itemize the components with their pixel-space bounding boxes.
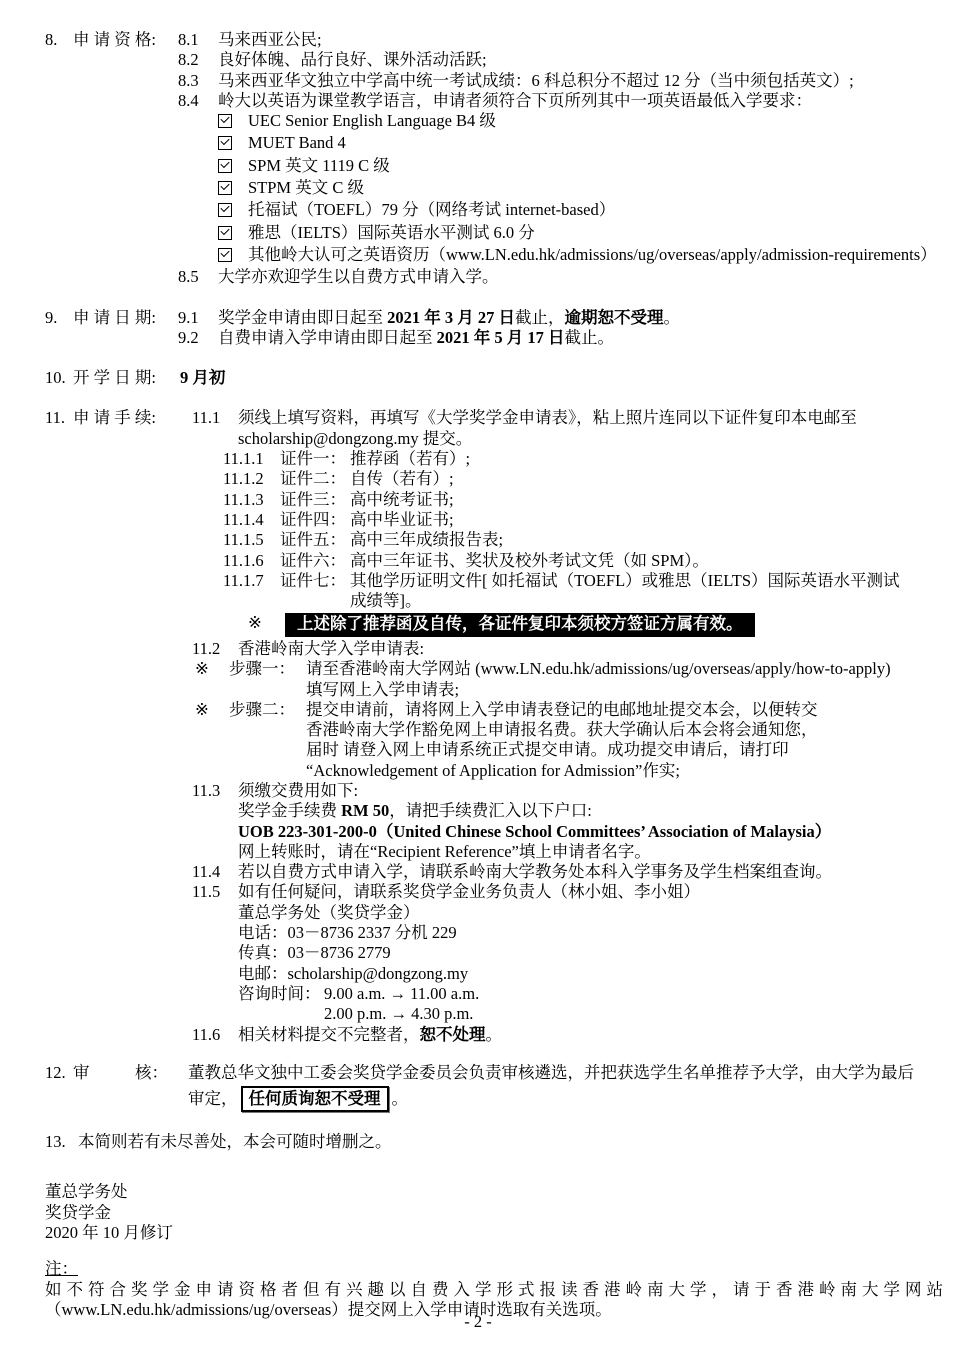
item-number: 11.6 xyxy=(192,1025,238,1045)
cert-item: 11.1.3 证件三： 高中统考证书; xyxy=(223,490,948,510)
deadline-date: 2021 年 3 月 27 日 xyxy=(387,308,515,327)
fee-amount: RM 50 xyxy=(341,801,389,820)
item-number: 11.2 xyxy=(192,639,238,659)
section-label: 申 请 资 格: xyxy=(73,30,178,50)
hours-afternoon: 2.00 p.m. → 4.30 p.m. xyxy=(324,1004,948,1024)
checked-checkbox-icon xyxy=(218,248,232,262)
signature-block: 董总学务处 奖贷学金 2020 年 10 月修订 xyxy=(45,1182,948,1243)
item-text: 须缴交费用如下: 奖学金手续费 RM 50，请把手续费汇入以下户口: UOB 2… xyxy=(238,781,948,862)
section-12: 12. 审核： 董教总华文独中工委会奖贷学金委员会负责审核遴选，并把获选学生名单… xyxy=(45,1063,948,1112)
reference-mark-icon: ※ xyxy=(195,700,229,720)
section-label: 审核： xyxy=(73,1063,168,1083)
item-text: 须线上填写资料，再填写《大学奖学金申请表》，粘上照片连同以下证件复印本电邮至 s… xyxy=(238,408,948,449)
section-label: 申 请 日 期: xyxy=(73,308,178,328)
email-address: scholarship@dongzong.my 提交。 xyxy=(238,429,948,449)
english-req-item: 雅思（IELTS）国际英语水平测试 6.0 分 xyxy=(218,223,948,245)
item-number: 11.1.3 xyxy=(223,490,280,510)
cert-item: 11.1.6 证件六： 高中三年证书、奖状及校外考试文凭（如 SPM）。 xyxy=(223,551,948,571)
highlighted-note: 上述除了推荐函及自传，各证件复印本须校方签证方属有效。 xyxy=(285,613,755,637)
english-req-text: MUET Band 4 xyxy=(248,133,948,153)
checked-checkbox-icon xyxy=(218,136,232,150)
item-number: 8.1 xyxy=(178,30,218,50)
item-8-2: 8.2 良好体魄、品行良好、课外活动活跃; xyxy=(178,50,948,70)
item-11-6: 11.6 相关材料提交不完整者，恕不处理。 xyxy=(192,1025,948,1045)
cert-note: ※ 上述除了推荐函及自传，各证件复印本须校方签证方属有效。 xyxy=(248,613,948,637)
reject-warning: 恕不处理 xyxy=(420,1025,486,1044)
reference-mark-icon: ※ xyxy=(195,659,229,679)
section-9-content: 9.1 奖学金申请由即日起至 2021 年 3 月 27 日截止，逾期恕不受理。… xyxy=(178,308,948,349)
section-13: 13. 本简则若有未尽善处，本会可随时增删之。 xyxy=(45,1132,948,1152)
item-9-2: 9.2 自费申请入学申请由即日起至 2021 年 5 月 17 日截止。 xyxy=(178,328,948,348)
item-text: 岭大以英语为课堂教学语言，申请者须符合下页所列其中一项英语最低入学要求： xyxy=(218,91,948,111)
cert-text: 自传（若有）; xyxy=(350,469,948,489)
item-11-1: 11.1 须线上填写资料，再填写《大学奖学金申请表》，粘上照片连同以下证件复印本… xyxy=(192,408,948,449)
item-number: 8.3 xyxy=(178,71,218,91)
english-req-item: UEC Senior English Language B4 级 xyxy=(218,111,948,133)
cert-text: 高中三年证书、奖状及校外考试文凭（如 SPM）。 xyxy=(350,551,948,571)
item-number: 11.1.2 xyxy=(223,469,280,489)
item-text: 良好体魄、品行良好、课外活动活跃; xyxy=(218,50,948,70)
english-req-item: 其他岭大认可之英语资历（www.LN.edu.hk/admissions/ug/… xyxy=(218,245,948,267)
item-8-1: 8.1 马来西亚公民; xyxy=(178,30,948,50)
cert-text: 高中统考证书; xyxy=(350,490,948,510)
section-11: 11. 申 请 手 续: 11.1 须线上填写资料，再填写《大学奖学金申请表》，… xyxy=(45,408,948,1044)
item-number: 11.1 xyxy=(192,408,238,428)
hours-morning: 9.00 a.m. → 11.00 a.m. xyxy=(324,984,948,1004)
item-number: 9.1 xyxy=(178,308,218,328)
item-text: 香港岭南大学入学申请表: xyxy=(238,639,948,659)
deadline-date: 2021 年 5 月 17 日 xyxy=(437,328,565,347)
item-number: 8.5 xyxy=(178,267,218,287)
section-label: 开 学 日 期: xyxy=(73,368,180,388)
item-8-5: 8.5 大学亦欢迎学生以自费方式申请入学。 xyxy=(178,267,948,287)
item-number: 9.2 xyxy=(178,328,218,348)
section-label: 申 请 手 续: xyxy=(73,408,192,428)
section-text: 本简则若有未尽善处，本会可随时增删之。 xyxy=(73,1132,948,1152)
cert-text: 推荐函（若有）; xyxy=(350,449,948,469)
item-text: 大学亦欢迎学生以自费方式申请入学。 xyxy=(218,267,948,287)
item-11-5: 11.5 如有任何疑问，请联系奖贷学金业务负责人（林小姐、李小姐） 董总学务处（… xyxy=(192,882,948,1024)
item-number: 11.1.1 xyxy=(223,449,280,469)
contact-fax: 传真：03－8736 2779 xyxy=(238,943,948,963)
item-8-4: 8.4 岭大以英语为课堂教学语言，申请者须符合下页所列其中一项英语最低入学要求： xyxy=(178,91,948,111)
section-number: 11. xyxy=(45,408,73,428)
start-date-value: 9 月初 xyxy=(180,368,948,388)
step-text: 请至香港岭南大学网站 (www.LN.edu.hk/admissions/ug/… xyxy=(306,659,948,700)
cert-label: 证件六： xyxy=(280,551,350,571)
item-number: 11.1.7 xyxy=(223,571,280,591)
cert-label: 证件一： xyxy=(280,449,350,469)
section-number: 8. xyxy=(45,30,73,50)
cert-label: 证件七： xyxy=(280,571,350,591)
document-page: 8. 申 请 资 格: 8.1 马来西亚公民; 8.2 良好体魄、品行良好、课外… xyxy=(0,0,956,1351)
section-11-content: 11.1 须线上填写资料，再填写《大学奖学金申请表》，粘上照片连同以下证件复印本… xyxy=(192,408,948,1044)
item-8-3: 8.3 马来西亚华文独立中学高中统一考试成绩：6 科总积分不超过 12 分（当中… xyxy=(178,71,948,91)
english-req-text: SPM 英文 1119 C 级 xyxy=(248,156,948,176)
english-req-text: 其他岭大认可之英语资历（www.LN.edu.hk/admissions/ug/… xyxy=(248,245,948,265)
cert-item: 11.1.5 证件五： 高中三年成绩报告表; xyxy=(223,530,948,550)
section-12-content: 董教总华文独中工委会奖贷学金委员会负责审核遴选，并把获选学生名单推荐予大学，由大… xyxy=(188,1063,948,1112)
item-text: 马来西亚华文独立中学高中统一考试成绩：6 科总积分不超过 12 分（当中须包括英… xyxy=(218,71,948,91)
section-9: 9. 申 请 日 期: 9.1 奖学金申请由即日起至 2021 年 3 月 27… xyxy=(45,308,948,349)
cert-text: 高中毕业证书; xyxy=(350,510,948,530)
section-number: 10. xyxy=(45,368,73,388)
item-number: 11.3 xyxy=(192,781,238,801)
item-number: 8.4 xyxy=(178,91,218,111)
english-req-item: STPM 英文 C 级 xyxy=(218,178,948,200)
hours-label: 咨询时间： xyxy=(238,984,324,1004)
checked-checkbox-icon xyxy=(218,181,232,195)
checked-checkbox-icon xyxy=(218,159,232,173)
cert-item: 11.1.7 证件七： 其他学历证明文件[ 如托福试（TOEFL）或雅思（IEL… xyxy=(223,571,948,612)
checked-checkbox-icon xyxy=(218,114,232,128)
contact-hours: 咨询时间： 9.00 a.m. → 11.00 a.m. 2.00 p.m. →… xyxy=(238,984,948,1025)
cert-label: 证件四： xyxy=(280,510,350,530)
english-req-text: STPM 英文 C 级 xyxy=(248,178,948,198)
item-11-4: 11.4 若以自费方式申请入学，请联系岭南大学教务处本科入学事务及学生档案组查询… xyxy=(192,862,948,882)
item-text: 若以自费方式申请入学，请联系岭南大学教务处本科入学事务及学生档案组查询。 xyxy=(238,862,948,882)
step-1: ※ 步骤一： 请至香港岭南大学网站 (www.LN.edu.hk/admissi… xyxy=(195,659,948,700)
item-text: 相关材料提交不完整者，恕不处理。 xyxy=(238,1025,948,1045)
contact-email: 电邮：scholarship@dongzong.my xyxy=(238,964,948,984)
checked-checkbox-icon xyxy=(218,226,232,240)
item-number: 11.5 xyxy=(192,882,238,902)
section-number: 9. xyxy=(45,308,73,328)
signature-unit: 奖贷学金 xyxy=(45,1203,948,1223)
reference-mark-icon: ※ xyxy=(248,613,285,633)
item-text: 奖学金申请由即日起至 2021 年 3 月 27 日截止，逾期恕不受理。 xyxy=(218,308,948,328)
step-2: ※ 步骤二： 提交申请前，请将网上入学申请表登记的电邮地址提交本会，以便转交 香… xyxy=(195,700,948,781)
section-number: 13. xyxy=(45,1132,73,1152)
english-req-text: 托福试（TOEFL）79 分（网络考试 internet-based） xyxy=(248,200,948,220)
item-number: 11.1.4 xyxy=(223,510,280,530)
cert-text: 其他学历证明文件[ 如托福试（TOEFL）或雅思（IELTS）国际英语水平测试 … xyxy=(350,571,948,612)
contact-dept: 董总学务处（奖贷学金） xyxy=(238,903,948,923)
item-11-3: 11.3 须缴交费用如下: 奖学金手续费 RM 50，请把手续费汇入以下户口: … xyxy=(192,781,948,862)
no-inquiry-box: 任何质询恕不受理 xyxy=(241,1086,389,1112)
contact-tel: 电话：03－8736 2337 分机 229 xyxy=(238,923,948,943)
step-label: 步骤二： xyxy=(229,700,306,720)
section-8: 8. 申 请 资 格: 8.1 马来西亚公民; 8.2 良好体魄、品行良好、课外… xyxy=(45,30,948,288)
english-req-item: SPM 英文 1119 C 级 xyxy=(218,156,948,178)
item-number: 11.1.6 xyxy=(223,551,280,571)
step-text: 提交申请前，请将网上入学申请表登记的电邮地址提交本会，以便转交 香港岭南大学作豁… xyxy=(306,700,948,781)
cert-label: 证件二： xyxy=(280,469,350,489)
page-number: - 2 - xyxy=(0,1312,956,1332)
cert-item: 11.1.1 证件一： 推荐函（若有）; xyxy=(223,449,948,469)
bank-account: UOB 223-301-200-0（United Chinese School … xyxy=(238,822,948,842)
item-9-1: 9.1 奖学金申请由即日起至 2021 年 3 月 27 日截止，逾期恕不受理。 xyxy=(178,308,948,328)
item-text: 如有任何疑问，请联系奖贷学金业务负责人（林小姐、李小姐） 董总学务处（奖贷学金）… xyxy=(238,882,948,1024)
english-req-text: UEC Senior English Language B4 级 xyxy=(248,111,948,131)
item-number: 11.4 xyxy=(192,862,238,882)
item-number: 11.1.5 xyxy=(223,530,280,550)
item-11-2: 11.2 香港岭南大学入学申请表: xyxy=(192,639,948,659)
item-text: 马来西亚公民; xyxy=(218,30,948,50)
english-req-item: 托福试（TOEFL）79 分（网络考试 internet-based） xyxy=(218,200,948,222)
section-8-content: 8.1 马来西亚公民; 8.2 良好体魄、品行良好、课外活动活跃; 8.3 马来… xyxy=(178,30,948,288)
section-number: 12. xyxy=(45,1063,73,1083)
cert-label: 证件三： xyxy=(280,490,350,510)
revision-date: 2020 年 10 月修订 xyxy=(45,1223,948,1243)
step-label: 步骤一： xyxy=(229,659,306,679)
section-10: 10. 开 学 日 期: 9 月初 xyxy=(45,368,948,388)
note-line-1: 如不符合奖学金申请资格者但有兴趣以自费入学形式报读香港岭南大学，请于香港岭南大学… xyxy=(45,1280,948,1300)
signature-dept: 董总学务处 xyxy=(45,1182,948,1202)
late-warning: 逾期恕不受理 xyxy=(565,308,664,327)
checked-checkbox-icon xyxy=(218,203,232,217)
english-req-text: 雅思（IELTS）国际英语水平测试 6.0 分 xyxy=(248,223,948,243)
item-number: 8.2 xyxy=(178,50,218,70)
cert-label: 证件五： xyxy=(280,530,350,550)
cert-item: 11.1.4 证件四： 高中毕业证书; xyxy=(223,510,948,530)
note-title: 注： xyxy=(45,1259,78,1278)
item-text: 自费申请入学申请由即日起至 2021 年 5 月 17 日截止。 xyxy=(218,328,948,348)
english-req-item: MUET Band 4 xyxy=(218,133,948,155)
cert-item: 11.1.2 证件二： 自传（若有）; xyxy=(223,469,948,489)
cert-text: 高中三年成绩报告表; xyxy=(350,530,948,550)
